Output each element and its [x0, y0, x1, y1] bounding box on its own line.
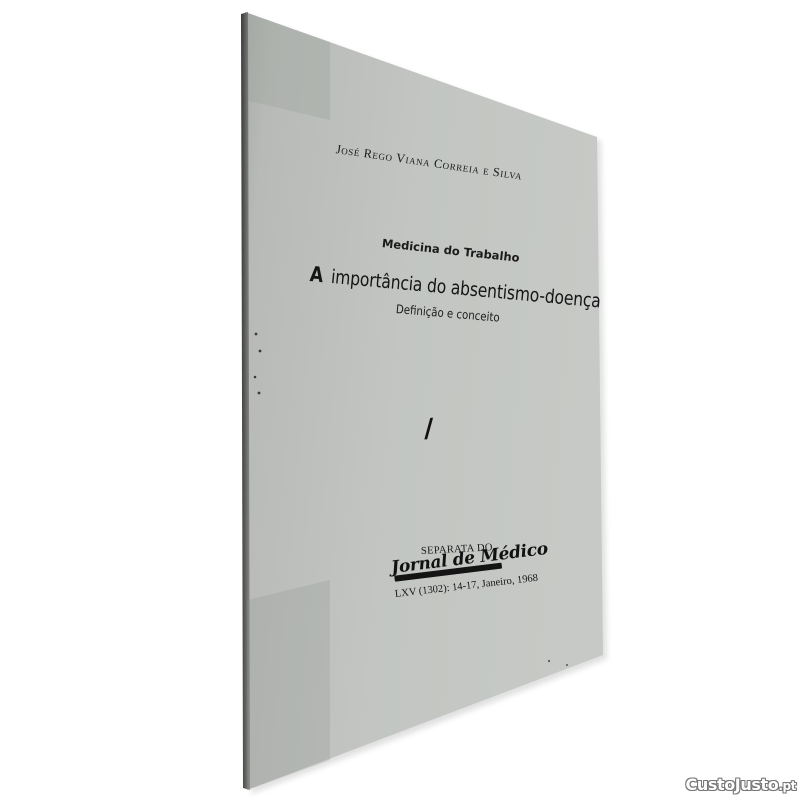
speck — [259, 350, 262, 353]
watermark-tld: .pt — [778, 779, 796, 793]
speck — [254, 376, 257, 379]
cover-shading — [247, 580, 330, 790]
title-initial: A — [309, 262, 324, 287]
speck — [566, 664, 568, 666]
watermark-brand: CustoJusto — [686, 775, 779, 794]
photo-scene — [0, 0, 800, 800]
custojusto-watermark: CustoJusto.pt — [686, 775, 797, 794]
speck — [258, 392, 261, 395]
speck — [255, 333, 258, 336]
speck — [548, 660, 550, 662]
handwritten-mark: / — [423, 414, 434, 444]
